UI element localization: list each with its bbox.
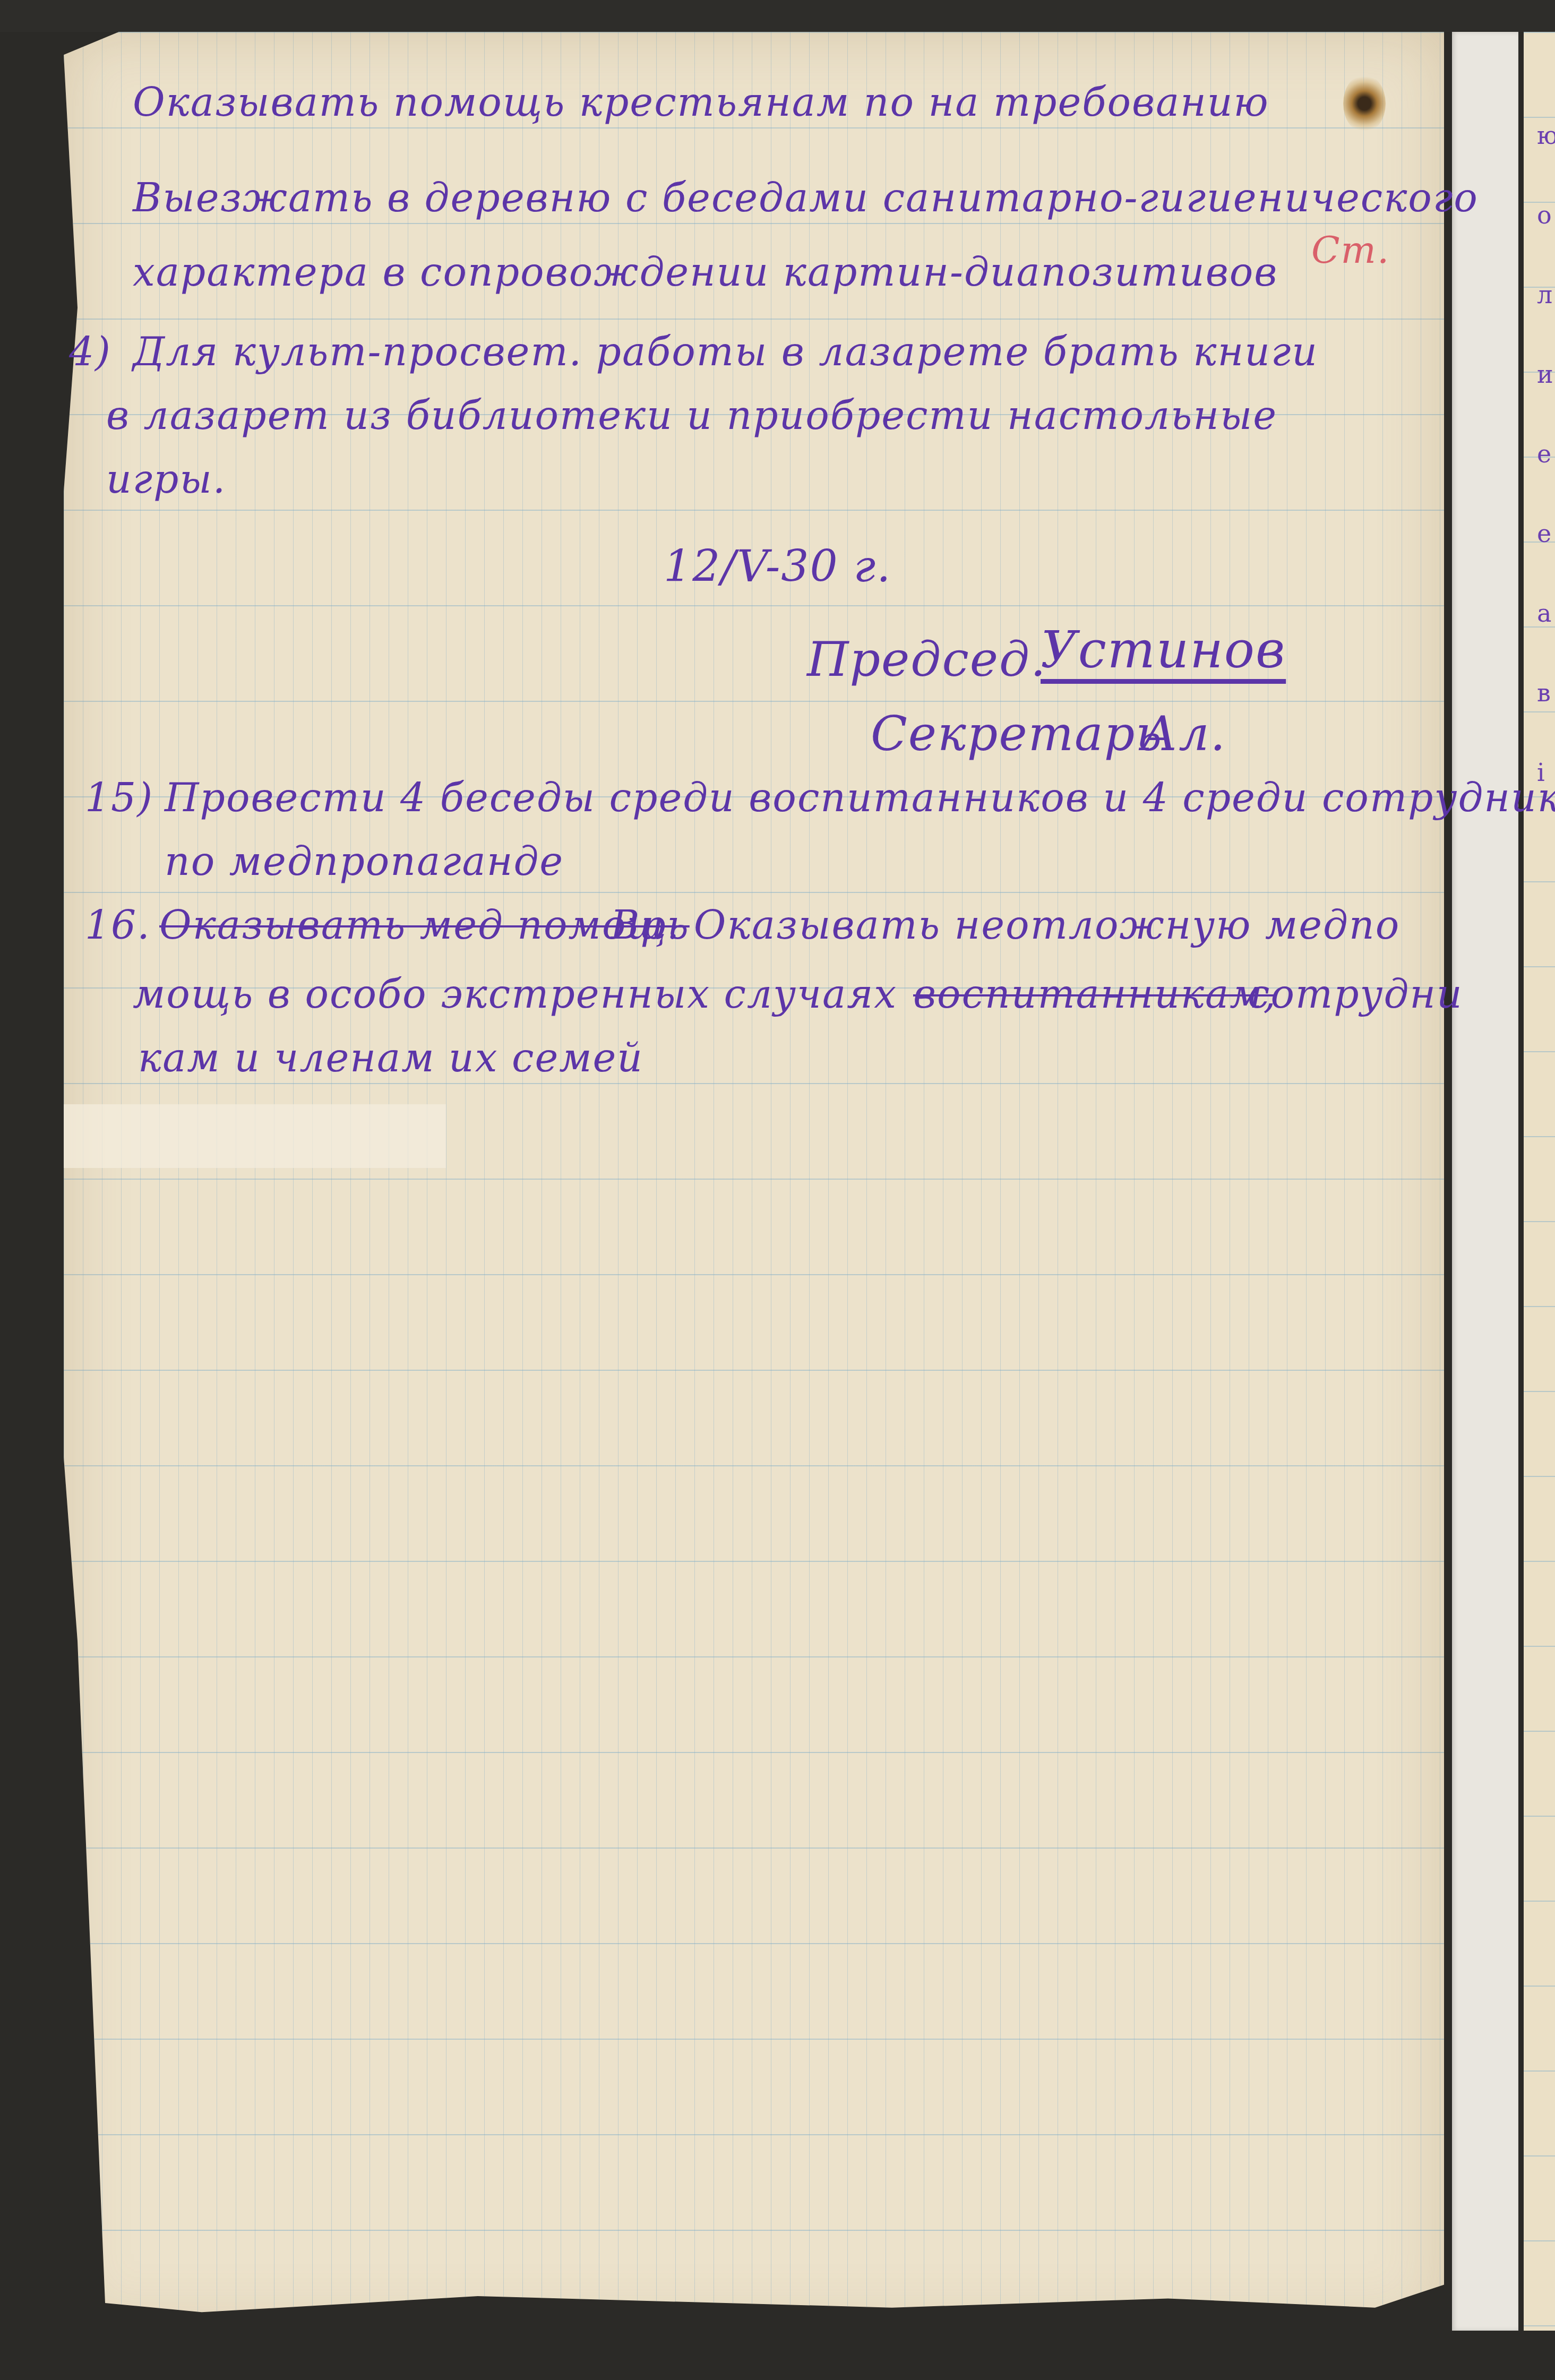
chair-signature: Устинов — [1041, 621, 1286, 680]
text-line: кам и членам их семей — [138, 1035, 643, 1081]
text-line: Оказывать помощь крестьянам по на требов… — [133, 80, 1269, 125]
text-line: Провести 4 беседы среди воспитанников и … — [165, 775, 1555, 821]
burn-hole — [1343, 74, 1386, 133]
adjacent-page-text: ю о л и е е а в і — [1537, 96, 1553, 812]
secretary-signature: Ал. — [1141, 706, 1226, 762]
text-line: по медпропаганде — [165, 839, 564, 884]
text-line: Вр. Оказывать неотложную медпо — [611, 903, 1400, 948]
text-line: в лазарет из библиотеки и приобрести нас… — [106, 393, 1277, 439]
chair-label: Председ. — [807, 632, 1047, 688]
binding-strip — [1452, 32, 1518, 2331]
item-number: 16. — [85, 903, 151, 948]
tape-repair-strip — [64, 1104, 446, 1168]
text-line: сотрудни — [1248, 972, 1463, 1017]
secretary-label: Секретарь — [871, 706, 1163, 762]
struck-text: Оказывать мед помощь — [159, 903, 690, 948]
item-number: 4) — [69, 329, 111, 375]
scan-backdrop — [0, 0, 1555, 32]
text-line: игры. — [106, 457, 226, 502]
text-line: Выезжать в деревню с беседами санитарно-… — [133, 175, 1479, 221]
item-number: 15) — [85, 775, 153, 821]
document-date: 12/V-30 г. — [664, 542, 891, 592]
text-line: мощь в особо экстренных случаях — [133, 972, 897, 1017]
margin-mark: Ст. — [1311, 228, 1390, 272]
text-line: характера в сопровождении картин-диапози… — [133, 250, 1278, 295]
struck-text: воспитанникам, — [913, 972, 1277, 1017]
document-page — [64, 32, 1444, 2331]
text-line: Для культ-просвет. работы в лазарете бра… — [133, 329, 1318, 375]
